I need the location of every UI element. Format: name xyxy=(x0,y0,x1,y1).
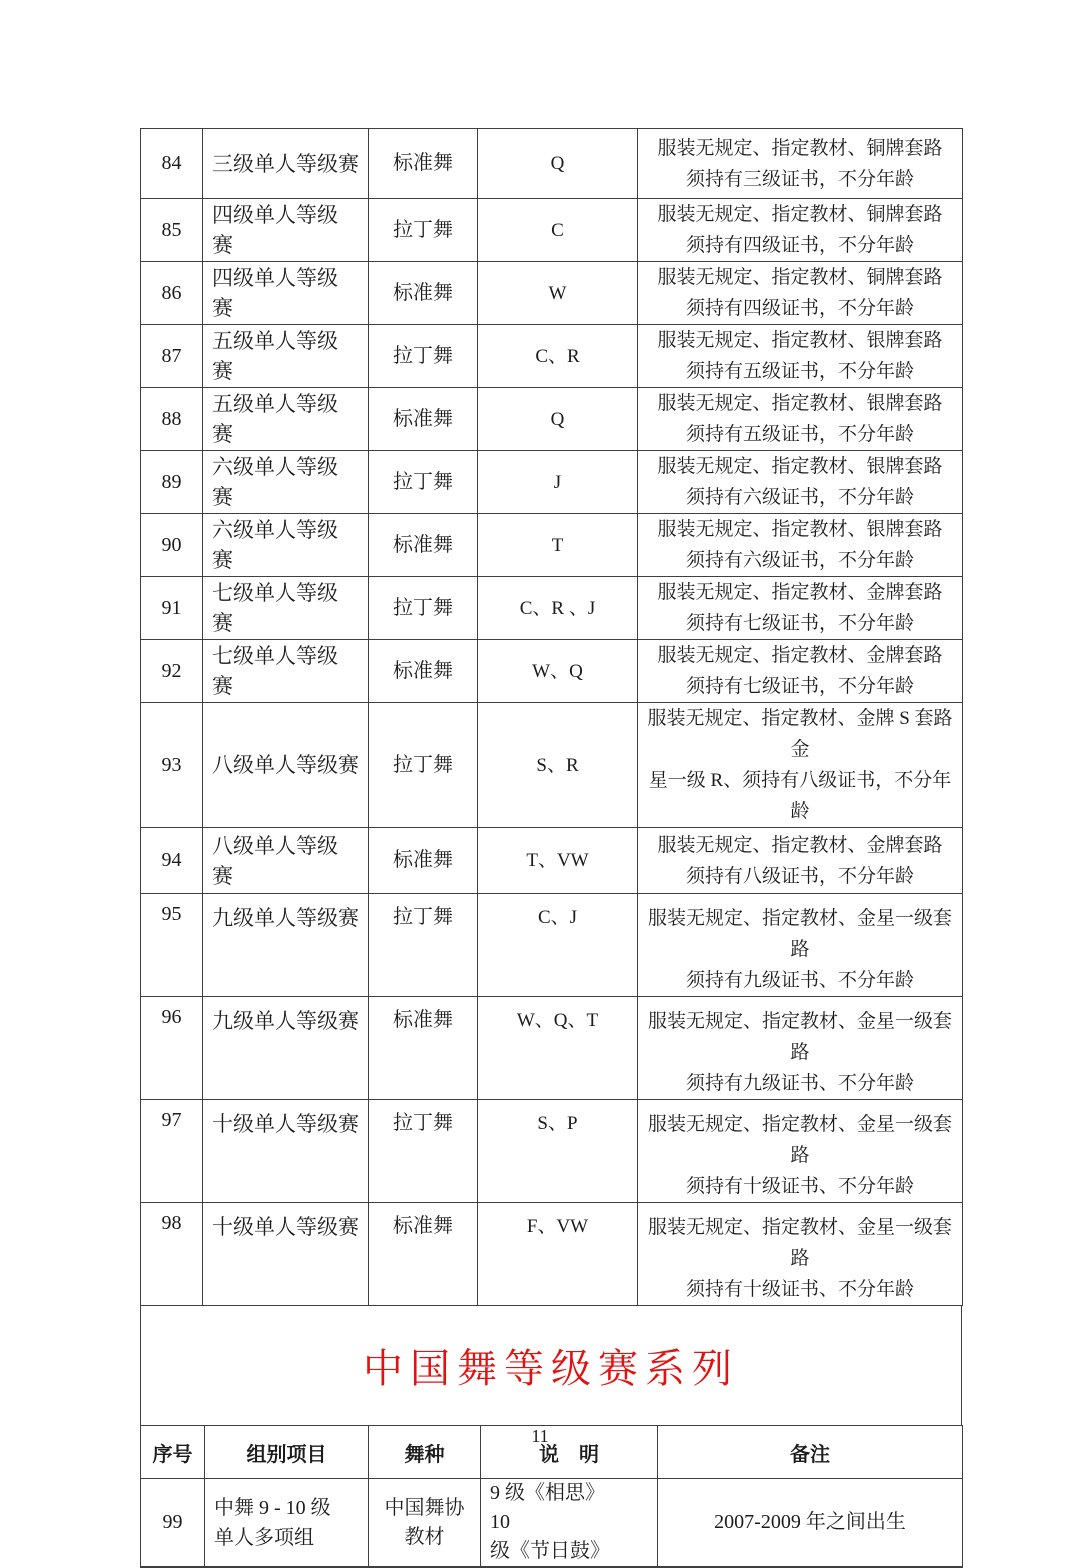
dance-cell: 拉丁舞 xyxy=(369,577,478,640)
remark-cell: 服装无规定、指定教材、银牌套路 须持有五级证书，不分年龄 xyxy=(638,388,963,451)
group-cell: 八级单人等级 赛 xyxy=(203,828,369,894)
group-cell: 四级单人等级 赛 xyxy=(203,262,369,325)
serial-cell: 90 xyxy=(141,514,203,577)
table-row: 92 七级单人等级 赛 标准舞 W、Q 服装无规定、指定教材、金牌套路 须持有七… xyxy=(141,640,963,703)
dance-cell: 标准舞 xyxy=(369,828,478,894)
group-cell: 六级单人等级 赛 xyxy=(203,451,369,514)
remark-cell: 服装无规定、指定教材、铜牌套路 须持有三级证书，不分年龄 xyxy=(638,129,963,199)
desc-cell: W、Q xyxy=(478,640,638,703)
desc-cell: C、R 、J xyxy=(478,577,638,640)
dance-cell: 标准舞 xyxy=(369,262,478,325)
dance-cell: 标准舞 xyxy=(369,1203,478,1306)
remark-cell: 服装无规定、指定教材、银牌套路 须持有六级证书，不分年龄 xyxy=(638,514,963,577)
serial-cell: 97 xyxy=(141,1100,203,1203)
table-row: 95 九级单人等级赛 拉丁舞 C、J 服装无规定、指定教材、金星一级套路 须持有… xyxy=(141,894,963,997)
serial-cell: 99 xyxy=(141,1479,205,1568)
group-cell: 七级单人等级 赛 xyxy=(203,577,369,640)
grade-competition-table: 84 三级单人等级赛 标准舞 Q 服装无规定、指定教材、铜牌套路 须持有三级证书… xyxy=(140,128,963,1306)
desc-cell: W、Q、T xyxy=(478,997,638,1100)
dance-cell: 标准舞 xyxy=(369,388,478,451)
group-cell: 九级单人等级赛 xyxy=(203,894,369,997)
table-row: 90 六级单人等级 赛 标准舞 T 服装无规定、指定教材、银牌套路 须持有六级证… xyxy=(141,514,963,577)
serial-cell: 84 xyxy=(141,129,203,199)
desc-cell: J xyxy=(478,451,638,514)
serial-cell: 91 xyxy=(141,577,203,640)
desc-cell: Q xyxy=(478,388,638,451)
group-cell: 九级单人等级赛 xyxy=(203,997,369,1100)
group-cell: 十级单人等级赛 xyxy=(203,1100,369,1203)
remark-cell: 服装无规定、指定教材、金牌套路 须持有七级证书，不分年龄 xyxy=(638,577,963,640)
serial-cell: 86 xyxy=(141,262,203,325)
group-cell: 五级单人等级 赛 xyxy=(203,388,369,451)
desc-cell: C xyxy=(478,199,638,262)
table-row: 87 五级单人等级 赛 拉丁舞 C、R 服装无规定、指定教材、银牌套路 须持有五… xyxy=(141,325,963,388)
table-row: 86 四级单人等级 赛 标准舞 W 服装无规定、指定教材、铜牌套路 须持有四级证… xyxy=(141,262,963,325)
serial-cell: 96 xyxy=(141,997,203,1100)
table-row: 93 八级单人等级赛 拉丁舞 S、R 服装无规定、指定教材、金牌 S 套路金 星… xyxy=(141,703,963,828)
page-number: 11 xyxy=(0,1426,1080,1447)
dance-cell: 标准舞 xyxy=(369,514,478,577)
dance-cell: 拉丁舞 xyxy=(369,325,478,388)
serial-cell: 95 xyxy=(141,894,203,997)
remark-cell: 服装无规定、指定教材、金星一级套路 须持有九级证书、不分年龄 xyxy=(638,997,963,1100)
remark-cell: 服装无规定、指定教材、金星一级套路 须持有十级证书、不分年龄 xyxy=(638,1100,963,1203)
section-title: 中国舞等级赛系列 xyxy=(140,1306,962,1425)
table-row: 84 三级单人等级赛 标准舞 Q 服装无规定、指定教材、铜牌套路 须持有三级证书… xyxy=(141,129,963,199)
desc-cell: C、R xyxy=(478,325,638,388)
table-row: 99 中舞 9 - 10 级 单人多项组 中国舞协 教材 9 级《相思》 10 … xyxy=(141,1479,963,1568)
dance-cell: 拉丁舞 xyxy=(369,451,478,514)
dance-cell: 标准舞 xyxy=(369,997,478,1100)
desc-cell: F、VW xyxy=(478,1203,638,1306)
table-row: 91 七级单人等级 赛 拉丁舞 C、R 、J 服装无规定、指定教材、金牌套路 须… xyxy=(141,577,963,640)
serial-cell: 85 xyxy=(141,199,203,262)
dance-cell: 拉丁舞 xyxy=(369,199,478,262)
desc-cell: 9 级《相思》 10 级《节日鼓》 xyxy=(481,1479,658,1568)
serial-cell: 98 xyxy=(141,1203,203,1306)
remark-cell: 服装无规定、指定教材、金星一级套路 须持有九级证书、不分年龄 xyxy=(638,894,963,997)
serial-cell: 92 xyxy=(141,640,203,703)
desc-cell: W xyxy=(478,262,638,325)
group-cell: 六级单人等级 赛 xyxy=(203,514,369,577)
remark-cell: 服装无规定、指定教材、金牌套路 须持有八级证书，不分年龄 xyxy=(638,828,963,894)
group-cell: 四级单人等级 赛 xyxy=(203,199,369,262)
table-row: 98 十级单人等级赛 标准舞 F、VW 服装无规定、指定教材、金星一级套路 须持… xyxy=(141,1203,963,1306)
remark-cell: 服装无规定、指定教材、铜牌套路 须持有四级证书，不分年龄 xyxy=(638,262,963,325)
group-cell: 十级单人等级赛 xyxy=(203,1203,369,1306)
remark-cell: 服装无规定、指定教材、银牌套路 须持有五级证书，不分年龄 xyxy=(638,325,963,388)
serial-cell: 93 xyxy=(141,703,203,828)
document-body: 84 三级单人等级赛 标准舞 Q 服装无规定、指定教材、铜牌套路 须持有三级证书… xyxy=(140,128,962,1568)
remark-cell: 2007-2009 年之间出生 xyxy=(658,1479,963,1568)
group-cell: 八级单人等级赛 xyxy=(203,703,369,828)
dance-cell: 标准舞 xyxy=(369,640,478,703)
table-row: 85 四级单人等级 赛 拉丁舞 C 服装无规定、指定教材、铜牌套路 须持有四级证… xyxy=(141,199,963,262)
table-row: 89 六级单人等级 赛 拉丁舞 J 服装无规定、指定教材、银牌套路 须持有六级证… xyxy=(141,451,963,514)
table-row: 97 十级单人等级赛 拉丁舞 S、P 服装无规定、指定教材、金星一级套路 须持有… xyxy=(141,1100,963,1203)
serial-cell: 88 xyxy=(141,388,203,451)
group-cell: 七级单人等级 赛 xyxy=(203,640,369,703)
dance-cell: 拉丁舞 xyxy=(369,1100,478,1203)
remark-cell: 服装无规定、指定教材、金牌套路 须持有七级证书，不分年龄 xyxy=(638,640,963,703)
remark-cell: 服装无规定、指定教材、金牌 S 套路金 星一级 R、须持有八级证书，不分年 龄 xyxy=(638,703,963,828)
serial-cell: 87 xyxy=(141,325,203,388)
desc-cell: S、P xyxy=(478,1100,638,1203)
document-page: { "page": { "number": "11" }, "section_t… xyxy=(0,0,1080,1526)
remark-cell: 服装无规定、指定教材、铜牌套路 须持有四级证书，不分年龄 xyxy=(638,199,963,262)
desc-cell: S、R xyxy=(478,703,638,828)
serial-cell: 94 xyxy=(141,828,203,894)
desc-cell: T、VW xyxy=(478,828,638,894)
dance-cell: 中国舞协 教材 xyxy=(369,1479,481,1568)
serial-cell: 89 xyxy=(141,451,203,514)
table-row: 94 八级单人等级 赛 标准舞 T、VW 服装无规定、指定教材、金牌套路 须持有… xyxy=(141,828,963,894)
group-cell: 三级单人等级赛 xyxy=(203,129,369,199)
desc-cell: Q xyxy=(478,129,638,199)
group-cell: 中舞 9 - 10 级 单人多项组 xyxy=(205,1479,369,1568)
dance-cell: 标准舞 xyxy=(369,129,478,199)
dance-cell: 拉丁舞 xyxy=(369,703,478,828)
remark-cell: 服装无规定、指定教材、银牌套路 须持有六级证书，不分年龄 xyxy=(638,451,963,514)
desc-cell: T xyxy=(478,514,638,577)
dance-cell: 拉丁舞 xyxy=(369,894,478,997)
remark-cell: 服装无规定、指定教材、金星一级套路 须持有十级证书、不分年龄 xyxy=(638,1203,963,1306)
table-row: 88 五级单人等级 赛 标准舞 Q 服装无规定、指定教材、银牌套路 须持有五级证… xyxy=(141,388,963,451)
group-cell: 五级单人等级 赛 xyxy=(203,325,369,388)
table-row: 96 九级单人等级赛 标准舞 W、Q、T 服装无规定、指定教材、金星一级套路 须… xyxy=(141,997,963,1100)
desc-cell: C、J xyxy=(478,894,638,997)
